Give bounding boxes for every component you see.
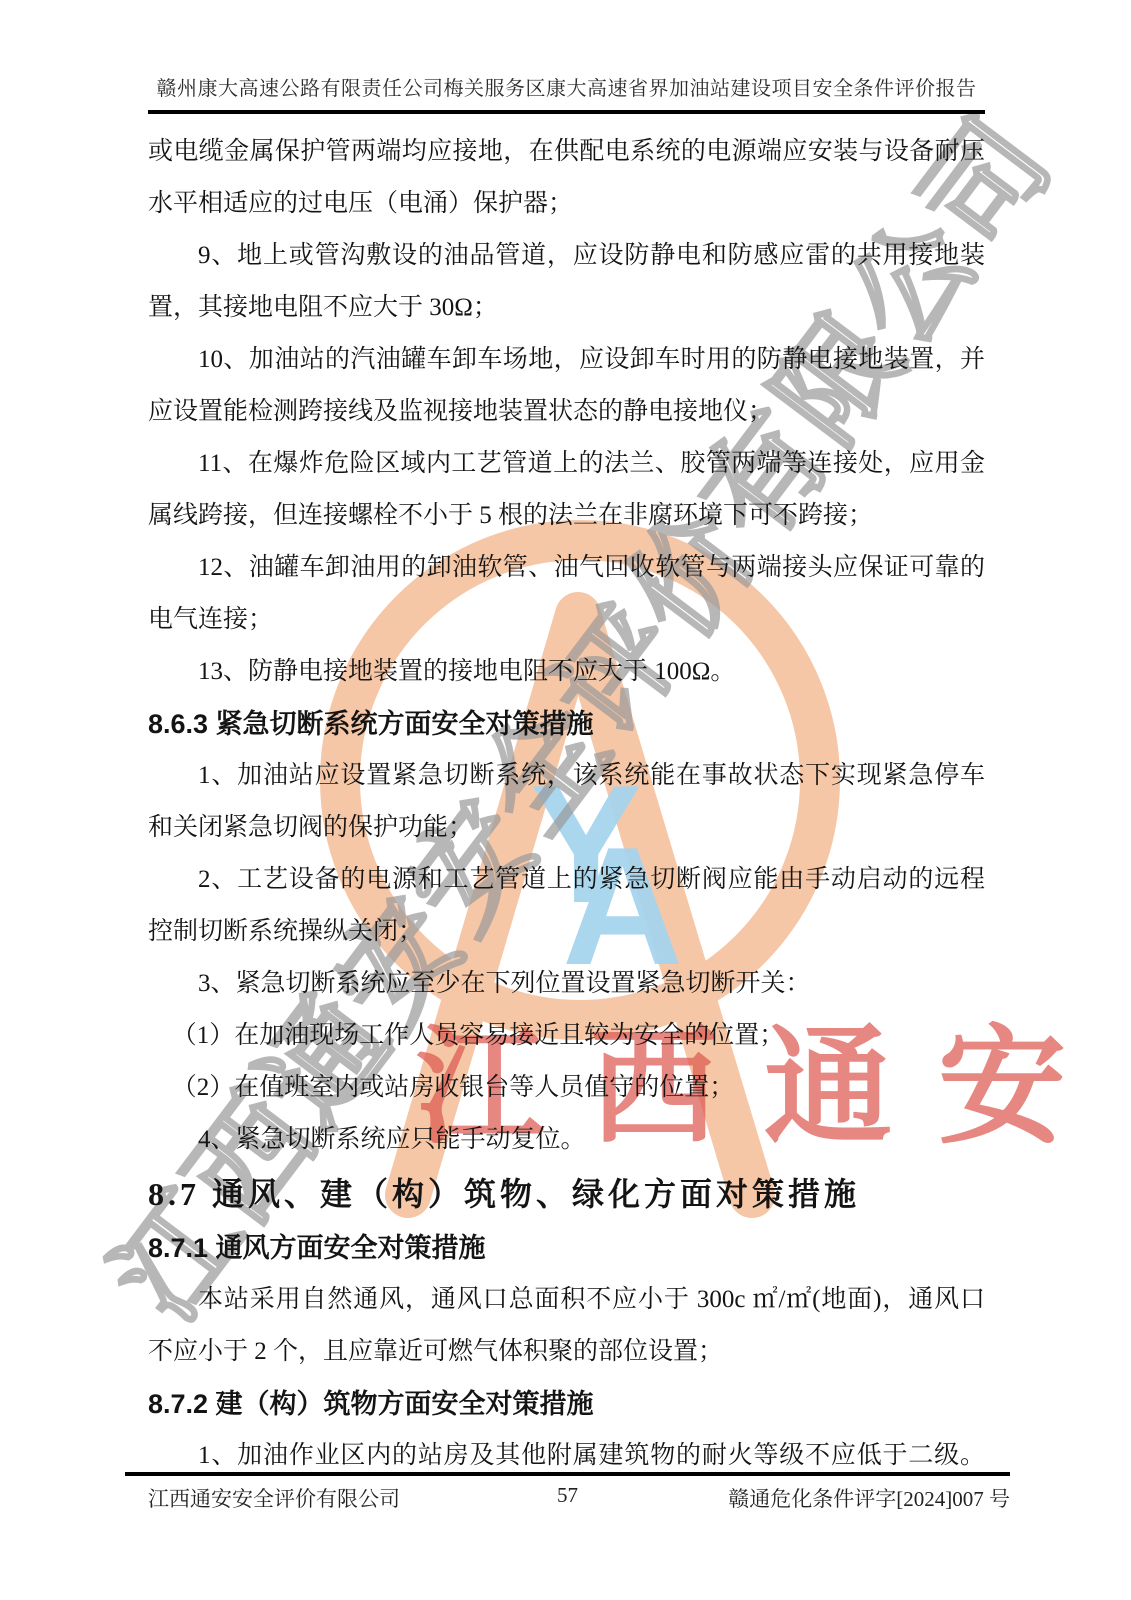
text-line: 10、加油站的汽油罐车卸车场地，应设卸车时用的防静电接地装置，并 <box>148 334 985 386</box>
text-line: 水平相适应的过电压（电涌）保护器； <box>148 178 985 230</box>
text-line: 4、紧急切断系统应只能手动复位。 <box>148 1114 985 1166</box>
text-line: 或电缆金属保护管两端均应接地，在供配电系统的电源端应安装与设备耐压 <box>148 126 985 178</box>
text-line: 控制切断系统操纵关闭； <box>148 906 985 958</box>
text-line: 和关闭紧急切阀的保护功能； <box>148 802 985 854</box>
page-header: 赣州康大高速公路有限责任公司梅关服务区康大高速省界加油站建设项目安全条件评价报告 <box>148 72 985 114</box>
section-heading: 8.6.3 紧急切断系统方面安全对策措施 <box>148 698 985 750</box>
text-line: 置，其接地电阻不应大于 30Ω； <box>148 282 985 334</box>
text-line: 12、油罐车卸油用的卸油软管、油气回收软管与两端接头应保证可靠的 <box>148 542 985 594</box>
text-line: 不应小于 2 个，且应靠近可燃气体积聚的部位设置； <box>148 1326 985 1378</box>
text-line: 11、在爆炸危险区域内工艺管道上的法兰、胶管两端等连接处，应用金 <box>148 438 985 490</box>
text-line: 应设置能检测跨接线及监视接地装置状态的静电接地仪； <box>148 386 985 438</box>
text-line: （1）在加油现场工作人员容易接近且较为安全的位置； <box>148 1010 985 1062</box>
text-line: 1、加油站应设置紧急切断系统，该系统能在事故状态下实现紧急停车 <box>148 750 985 802</box>
text-line: 3、紧急切断系统应至少在下列位置设置紧急切断开关： <box>148 958 985 1010</box>
report-title: 赣州康大高速公路有限责任公司梅关服务区康大高速省界加油站建设项目安全条件评价报告 <box>157 78 977 100</box>
document-page: Y A 江西通安安全评价有限公司 江西通安 赣州康大高速公路有限责任公司梅关服务… <box>0 0 1131 1600</box>
text-line: 电气连接； <box>148 594 985 646</box>
body-lines: 或电缆金属保护管两端均应接地，在供配电系统的电源端应安装与设备耐压水平相适应的过… <box>148 126 985 1482</box>
section-heading: 8.7 通风、建（构）筑物、绿化方面对策措施 <box>148 1166 985 1222</box>
text-line: 属线跨接，但连接螺栓不小于 5 根的法兰在非腐环境下可不跨接； <box>148 490 985 542</box>
text-line: 9、地上或管沟敷设的油品管道，应设防静电和防感应雷的共用接地装 <box>148 230 985 282</box>
section-heading: 8.7.2 建（构）筑物方面安全对策措施 <box>148 1378 985 1430</box>
text-line: 本站采用自然通风，通风口总面积不应小于 300c ㎡/㎡(地面)，通风口 <box>148 1274 985 1326</box>
page-footer: 江西通安安全评价有限公司 57 赣通危化条件评字[2024]007 号 <box>125 1472 1010 1483</box>
text-line: （2）在值班室内或站房收银台等人员值守的位置； <box>148 1062 985 1114</box>
footer-doc-number: 赣通危化条件评字[2024]007 号 <box>728 1483 1010 1513</box>
section-heading: 8.7.1 通风方面安全对策措施 <box>148 1222 985 1274</box>
text-line: 2、工艺设备的电源和工艺管道上的紧急切断阀应能由手动启动的远程 <box>148 854 985 906</box>
text-line: 13、防静电接地装置的接地电阻不应大于 100Ω。 <box>148 646 985 698</box>
